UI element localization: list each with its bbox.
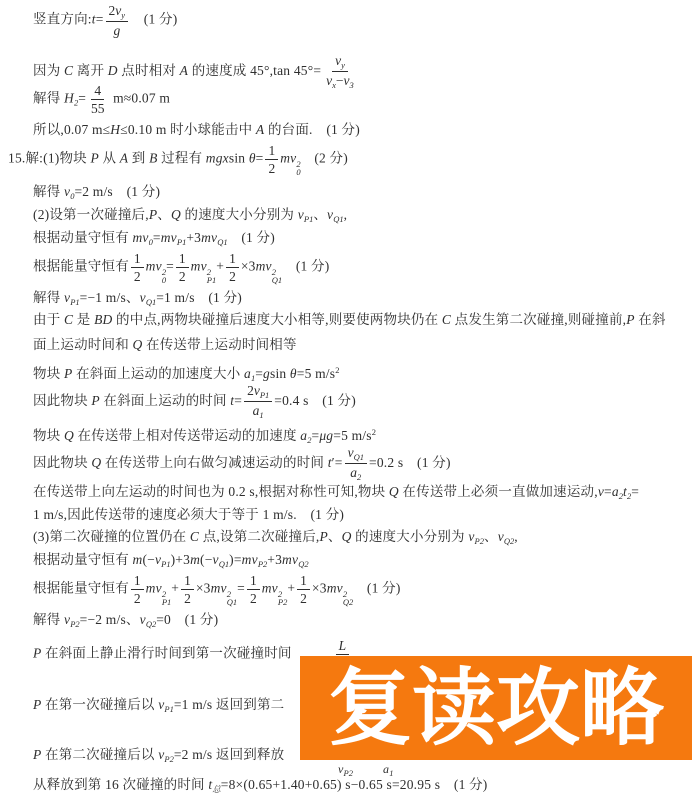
math-subscript: P2	[164, 754, 173, 764]
text-run: 2	[229, 269, 236, 284]
math-variable: Q	[91, 455, 101, 470]
math-variable: μg	[319, 428, 333, 443]
text-run: =5 m/s	[297, 366, 335, 381]
math-subscript: Q1	[227, 598, 237, 606]
text-run: 所以,0.07 m≤	[33, 122, 110, 137]
doc-line-21: 根据能量守恒有12mv2P1+12×3mv2Q1=12mv2P2+12×3mv2…	[33, 573, 401, 606]
text-run: 的速度大小分别为	[181, 207, 298, 222]
text-run: 是	[73, 312, 94, 327]
doc-line-16: 因此物块 Q 在传送带上向右做匀减速运动的时间 t′=vQ1a2=0.2 s (…	[33, 445, 451, 483]
math-subscript: P2	[70, 619, 79, 629]
math-subscript: P2	[278, 598, 287, 606]
fraction-numerator: 1	[176, 251, 189, 268]
text-run: 点发生第二次碰撞,则碰撞前,	[451, 312, 626, 327]
math-subscript: Q1	[272, 276, 282, 284]
scanned-exam-page: { "page": { "background": "#ffffff", "te…	[0, 0, 692, 809]
doc-line-20: 根据动量守恒有 m(−vP1)+3m(−vQ1)=mvP2+3mvQ2	[33, 551, 309, 573]
text-run: =1 m/s 返回到第二	[174, 697, 285, 712]
math-fraction: vyvx−v3	[323, 53, 357, 91]
math-subscript: P2	[475, 536, 484, 546]
text-run: ′=	[332, 455, 343, 470]
math-sup-sub-stack: 2P1	[207, 268, 216, 284]
math-variable: θ	[249, 151, 256, 166]
math-variable: mv	[211, 581, 227, 596]
math-subscript: Q1	[217, 237, 227, 247]
text-run: 在第二次碰撞后以	[41, 747, 158, 762]
math-sup-sub-stack: 2Q1	[227, 590, 237, 606]
text-run: 点,设第二次碰撞后,	[199, 529, 319, 544]
text-run: =	[256, 151, 264, 166]
text-run: 根据能量守恒有	[33, 581, 129, 596]
math-variable: mv	[146, 581, 162, 596]
text-run: (1 分)	[282, 259, 329, 274]
text-run: 解得	[33, 612, 64, 627]
fraction-denominator: 2	[176, 268, 189, 284]
doc-line-1: 竖直方向:t=2vyg (1 分)	[33, 3, 177, 38]
math-subscript: 2	[357, 472, 361, 482]
text-run: =0.4 s (1 分)	[274, 393, 356, 408]
fraction-denominator: 2	[181, 590, 194, 606]
math-variable: P	[91, 393, 99, 408]
text-run: +3	[186, 230, 201, 245]
text-run: 1 m/s,因此传送带的速度必须大于等于 1 m/s. (1 分)	[33, 507, 344, 522]
text-run: −	[336, 73, 344, 88]
fraction-denominator: a1	[250, 402, 267, 420]
doc-line-9: 根据能量守恒有12mv20=12mv2P1+12×3mv2Q1 (1 分)	[33, 251, 329, 284]
math-subscript: y	[341, 60, 345, 70]
math-variable: Q	[342, 529, 352, 544]
math-variable: mv	[280, 151, 296, 166]
fraction-denominator: 2	[131, 590, 144, 606]
doc-line-14: 因此物块 P 在斜面上运动的时间 t=2vP1a1=0.4 s (1 分)	[33, 383, 356, 421]
text-run: 在传送带上向右做匀减速运动的时间	[101, 455, 327, 470]
text-run: 从	[99, 151, 120, 166]
fraction-numerator: 4	[91, 83, 104, 100]
text-run: =	[96, 12, 104, 27]
text-run: 因为	[33, 63, 64, 78]
fraction-numerator: 1	[181, 573, 194, 590]
math-variable: mv	[201, 230, 217, 245]
math-variable: mv	[191, 259, 207, 274]
math-variable: C	[64, 63, 73, 78]
text-run: 2	[300, 591, 307, 606]
text-run: (1 分)	[130, 12, 177, 27]
math-subscript: 总	[212, 784, 221, 794]
fraction-denominator: 2	[226, 268, 239, 284]
math-fraction: 12	[181, 573, 194, 606]
promo-overlay-text: 复读攻略	[328, 656, 664, 760]
text-run: 在传送带上运动时间相等	[142, 337, 296, 352]
doc-line-11: 由于 C 是 BD 的中点,两物块碰撞后速度大小相等,则要使两物块仍在 C 点发…	[33, 311, 666, 329]
doc-line-5: 15.解:(1)物块 P 从 A 到 B 过程有 mgxsin θ=12mv20…	[8, 143, 348, 176]
text-run: ×3	[312, 581, 327, 596]
math-variable: H	[110, 122, 120, 137]
math-sup-sub-stack: 2P1	[162, 590, 171, 606]
math-variable: mv	[146, 259, 162, 274]
math-variable: mv	[242, 552, 258, 567]
text-run: 面上运动时间和	[33, 337, 132, 352]
text-run: =	[166, 259, 174, 274]
text-run: =	[153, 230, 161, 245]
doc-line-7: (2)设第一次碰撞后,P、Q 的速度大小分别为 vP1、vQ1,	[33, 206, 347, 228]
math-fraction: 455	[88, 83, 108, 116]
text-run: 过程有	[158, 151, 206, 166]
text-run: 根据动量守恒有	[33, 552, 132, 567]
fraction-numerator: 2vy	[106, 3, 129, 22]
text-run: 2	[250, 591, 257, 606]
fraction-numerator: L	[336, 638, 350, 655]
math-superscript: 2	[372, 427, 376, 437]
text-run: ≤0.10 m 时小球能击中	[120, 122, 256, 137]
math-fraction: 12	[131, 251, 144, 284]
math-subscript: P2	[344, 768, 353, 778]
math-variable: g	[113, 23, 120, 38]
doc-line-8: 根据动量守恒有 mv0=mvP1+3mvQ1 (1 分)	[33, 229, 275, 251]
math-subscript: y	[121, 10, 125, 20]
text-run: 4	[94, 83, 101, 98]
math-subscript: P1	[177, 237, 186, 247]
text-run: +	[287, 581, 295, 596]
text-run: 、	[484, 529, 498, 544]
math-subscript: Q1	[333, 214, 343, 224]
text-run: 到	[128, 151, 149, 166]
text-run: =−1 m/s、	[80, 290, 140, 305]
text-run: 1	[134, 251, 141, 266]
math-variable: C	[190, 529, 199, 544]
text-run: ,	[344, 207, 348, 222]
doc-line-26: 从释放到第 16 次碰撞的时间 t总=8×(0.65+1.40+0.65) s−…	[33, 776, 488, 798]
text-run: ,	[514, 529, 518, 544]
text-run: 、	[313, 207, 327, 222]
text-run: 离开	[73, 63, 108, 78]
fraction-denominator: 2	[131, 268, 144, 284]
text-run: 2	[134, 591, 141, 606]
text-run: m≈0.07 m	[110, 91, 171, 106]
math-variable: mv	[327, 581, 343, 596]
fraction-numerator: vy	[332, 53, 348, 72]
text-run: ×3	[241, 259, 256, 274]
text-run: 的中点,两物块碰撞后速度大小相等,则要使两物块仍在	[112, 312, 441, 327]
text-run: =0 (1 分)	[156, 612, 218, 627]
text-run: 2	[179, 269, 186, 284]
text-run: 在传送带上相对传送带运动的加速度	[74, 428, 300, 443]
math-sup-sub-stack: 2Q1	[272, 268, 282, 284]
fraction-numerator: 1	[247, 573, 260, 590]
text-run: 在斜面上运动的加速度大小	[72, 366, 244, 381]
text-run: 解得	[33, 184, 64, 199]
text-run: =	[234, 393, 242, 408]
math-subscript: Q2	[504, 536, 514, 546]
math-sup-sub-stack: 2Q2	[343, 590, 353, 606]
math-subscript: P2	[258, 559, 267, 569]
text-run: =1 m/s (1 分)	[156, 290, 242, 305]
math-subscript: Q1	[354, 452, 364, 462]
fraction-denominator: vx−v3	[323, 72, 357, 90]
math-fraction: 12	[247, 573, 260, 606]
text-run: sin	[229, 151, 249, 166]
text-run: 1	[300, 573, 307, 588]
text-run: (1 分)	[353, 581, 400, 596]
text-run: 1	[134, 573, 141, 588]
doc-line-3: 解得 H2=455 m≈0.07 m	[33, 83, 170, 116]
math-subscript: 0	[162, 276, 166, 284]
fraction-numerator: 1	[131, 251, 144, 268]
text-run: 在斜	[635, 312, 666, 327]
math-variable: P	[90, 151, 98, 166]
math-variable: L	[339, 638, 347, 653]
text-run: +	[171, 581, 179, 596]
text-run: 2	[134, 269, 141, 284]
text-run: 15.解:(1)物块	[8, 151, 90, 166]
text-run: )+3	[171, 552, 190, 567]
math-subscript: P1	[260, 390, 269, 400]
text-run: 在斜面上静止滑行时间到第一次碰撞时间	[41, 646, 291, 661]
math-variable: a	[612, 484, 619, 499]
text-run: (−	[142, 552, 155, 567]
text-run: 点时相对	[118, 63, 180, 78]
text-run: 的速度大小分别为	[352, 529, 469, 544]
fraction-numerator: vQ1	[345, 445, 367, 464]
math-variable: g	[263, 366, 270, 381]
text-run: 物块	[33, 366, 64, 381]
text-run: +	[216, 259, 224, 274]
math-variable: P	[149, 207, 157, 222]
text-run: =	[255, 366, 263, 381]
fraction-denominator: 2	[247, 590, 260, 606]
math-subscript: P1	[164, 704, 173, 714]
fraction-numerator: 1	[297, 573, 310, 590]
math-subscript: P1	[161, 559, 170, 569]
text-run: sin	[270, 366, 290, 381]
fraction-numerator: 1	[131, 573, 144, 590]
math-variable: mv	[282, 552, 298, 567]
math-variable: mgx	[206, 151, 229, 166]
doc-line-4: 所以,0.07 m≤H≤0.10 m 时小球能击中 A 的台面. (1 分)	[33, 121, 360, 139]
math-subscript: P1	[162, 598, 171, 606]
math-variable: C	[64, 312, 73, 327]
text-run: +3	[267, 552, 282, 567]
math-variable: D	[108, 63, 118, 78]
math-variable: H	[64, 91, 74, 106]
fraction-denominator: 55	[88, 100, 108, 116]
text-run: 1	[229, 251, 236, 266]
math-subscript: 1	[259, 410, 263, 420]
math-variable: Q	[132, 337, 142, 352]
text-run: 的速度成 45°,tan 45°=	[188, 63, 321, 78]
math-subscript: P1	[304, 214, 313, 224]
text-run: 由于	[33, 312, 64, 327]
math-fraction: 12	[226, 251, 239, 284]
math-fraction: 12	[265, 143, 278, 176]
math-variable: P	[626, 312, 634, 327]
text-run: 从释放到第 16 次碰撞的时间	[33, 777, 208, 792]
fraction-numerator: 2vP1	[244, 383, 272, 402]
text-run: 在传送带上必须一直做加速运动,	[399, 484, 598, 499]
text-run: (1 分)	[228, 230, 275, 245]
text-run: (2)设第一次碰撞后,	[33, 207, 149, 222]
math-variable: Q	[64, 428, 74, 443]
text-run: =2 m/s 返回到释放	[174, 747, 285, 762]
text-run: (2 分)	[301, 151, 348, 166]
fraction-denominator: 2	[297, 590, 310, 606]
math-subscript: Q2	[298, 559, 308, 569]
fraction-denominator: 2	[265, 160, 278, 176]
math-subscript: 3	[350, 80, 354, 90]
text-run: =	[237, 581, 245, 596]
math-subscript: 0	[296, 168, 300, 176]
math-subscript: Q2	[146, 619, 156, 629]
text-run: 55	[91, 101, 105, 116]
math-subscript: Q2	[343, 598, 353, 606]
text-run: =−2 m/s、	[80, 612, 140, 627]
text-run: 在第一次碰撞后以	[41, 697, 158, 712]
text-run: )=	[229, 552, 242, 567]
math-variable: P	[319, 529, 327, 544]
math-variable: a	[244, 366, 251, 381]
math-variable: mv	[256, 259, 272, 274]
text-run: ×3	[196, 581, 211, 596]
math-variable: A	[120, 151, 128, 166]
math-variable: BD	[94, 312, 112, 327]
text-run: 2	[247, 383, 254, 398]
fraction-numerator: 1	[226, 251, 239, 268]
math-variable: θ	[290, 366, 297, 381]
text-run: 1	[268, 143, 275, 158]
math-variable: C	[442, 312, 451, 327]
math-subscript: 1	[389, 768, 393, 778]
math-variable: mv	[132, 230, 148, 245]
text-run: 的台面. (1 分)	[264, 122, 360, 137]
math-variable: A	[180, 63, 188, 78]
math-fraction: 2vP1a1	[244, 383, 272, 421]
doc-line-22: 解得 vP2=−2 m/s、vQ2=0 (1 分)	[33, 611, 218, 633]
math-variable: B	[149, 151, 157, 166]
text-run: 根据能量守恒有	[33, 259, 129, 274]
math-subscript: P1	[70, 297, 79, 307]
math-variable: Q	[171, 207, 181, 222]
text-run: =	[78, 91, 86, 106]
text-run: =	[604, 484, 612, 499]
math-variable: mv	[262, 581, 278, 596]
text-run: 2	[268, 161, 275, 176]
text-run: (−	[200, 552, 213, 567]
doc-line-19: (3)第二次碰撞的位置仍在 C 点,设第二次碰撞后,P、Q 的速度大小分别为 v…	[33, 528, 518, 550]
text-run: =2 m/s (1 分)	[74, 184, 160, 199]
math-subscript: Q1	[219, 559, 229, 569]
text-run: 解得	[33, 290, 64, 305]
text-run: 根据动量守恒有	[33, 230, 132, 245]
doc-line-6: 解得 v0=2 m/s (1 分)	[33, 183, 160, 205]
text-run: =0.2 s (1 分)	[369, 455, 451, 470]
math-variable: m	[132, 552, 142, 567]
math-superscript: 2	[335, 365, 339, 375]
promo-overlay-banner: 复读攻略	[300, 656, 692, 760]
math-fraction: 12	[176, 251, 189, 284]
text-run: (3)第二次碰撞的位置仍在	[33, 529, 190, 544]
text-run: =5 m/s	[333, 428, 371, 443]
text-run: 解得	[33, 91, 64, 106]
text-run: 因此物块	[33, 455, 91, 470]
doc-line-25: P 在第二次碰撞后以 vP2=2 m/s 返回到释放	[33, 746, 284, 768]
math-subscript: Q1	[146, 297, 156, 307]
math-fraction: 12	[131, 573, 144, 606]
math-fraction: vQ1a2	[345, 445, 367, 483]
math-fraction: 12	[297, 573, 310, 606]
text-run: 在斜面上运动的时间	[100, 393, 230, 408]
doc-line-18: 1 m/s,因此传送带的速度必须大于等于 1 m/s. (1 分)	[33, 506, 344, 524]
fraction-denominator: a2	[347, 464, 364, 482]
text-run: 2	[184, 591, 191, 606]
doc-line-10: 解得 vP1=−1 m/s、vQ1=1 m/s (1 分)	[33, 289, 242, 311]
text-run: 在传送带上向左运动的时间也为 0.2 s,根据对称性可知,物块	[33, 484, 389, 499]
text-run: 物块	[33, 428, 64, 443]
text-run: =	[631, 484, 639, 499]
fraction-numerator: 1	[265, 143, 278, 160]
math-variable: Q	[389, 484, 399, 499]
text-run: 1	[179, 251, 186, 266]
math-subscript: P1	[207, 276, 216, 284]
text-run: 、	[328, 529, 342, 544]
doc-line-24: P 在第一次碰撞后以 vP1=1 m/s 返回到第二	[33, 696, 284, 718]
text-run: 1	[250, 573, 257, 588]
formula-fragment: vP2a1	[338, 760, 393, 782]
text-run: 1	[184, 573, 191, 588]
text-run: 竖直方向:	[33, 12, 92, 27]
doc-line-17: 在传送带上向左运动的时间也为 0.2 s,根据对称性可知,物块 Q 在传送带上必…	[33, 483, 639, 505]
math-sup-sub-stack: 2P2	[278, 590, 287, 606]
text-run: 因此物块	[33, 393, 91, 408]
math-variable: mv	[161, 230, 177, 245]
text-run: 、	[157, 207, 171, 222]
fraction-denominator: g	[110, 22, 123, 38]
math-variable: m	[190, 552, 200, 567]
math-fraction: 2vyg	[106, 3, 129, 38]
doc-line-12: 面上运动时间和 Q 在传送带上运动时间相等	[33, 336, 297, 354]
